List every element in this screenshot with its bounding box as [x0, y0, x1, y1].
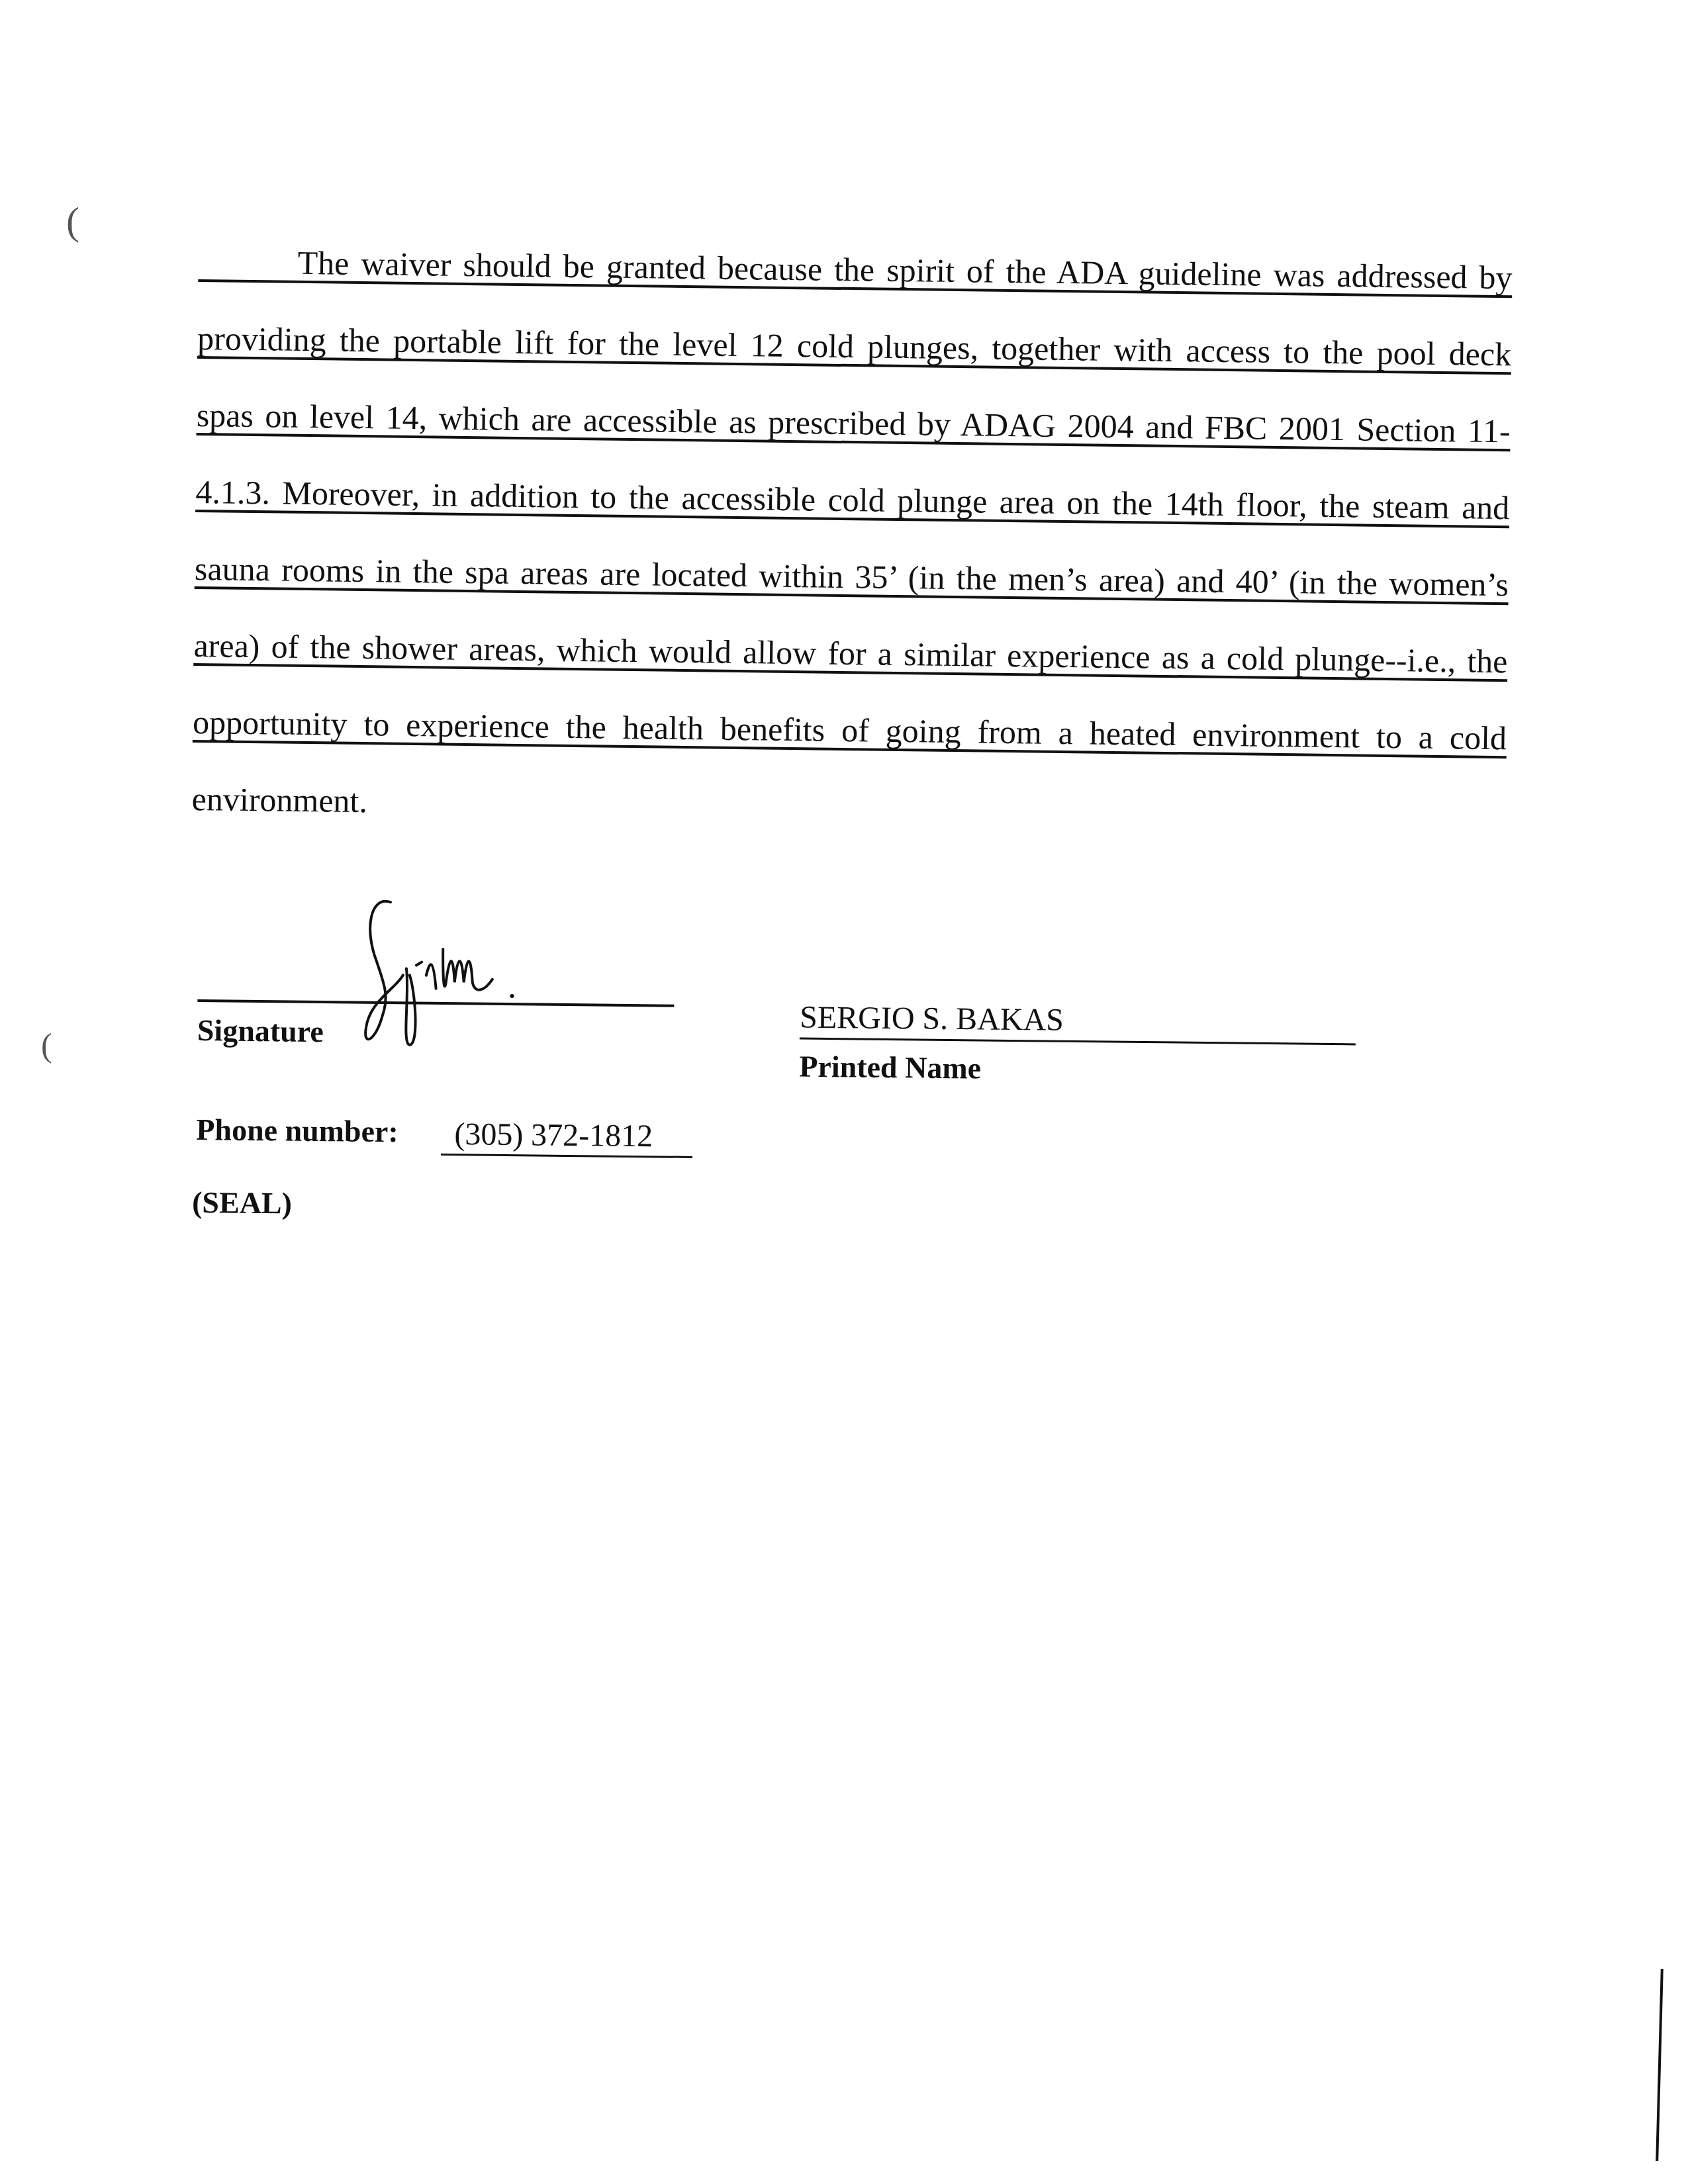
phone-label: Phone number:	[196, 1112, 399, 1149]
margin-mark-middle: (	[41, 1026, 52, 1064]
scan-edge-line	[1656, 1969, 1664, 2161]
margin-mark-top: (	[66, 199, 79, 244]
signature-block: Signature SERGIO S. BAKAS Printed Name P…	[192, 900, 1383, 913]
signature-label: Signature	[197, 1013, 324, 1049]
handwritten-signature	[342, 888, 556, 1062]
phone-value: (305) 372-1812	[441, 1116, 693, 1158]
waiver-justification-paragraph: The waiver should be granted because the…	[191, 245, 1523, 875]
printed-name-line	[800, 1038, 1356, 1046]
paragraph-line: environment.	[191, 782, 1516, 875]
seal-label: (SEAL)	[192, 1185, 292, 1221]
document-page: ( ( The waiver should be granted because…	[0, 0, 1688, 2184]
printed-name-value: SERGIO S. BAKAS	[800, 999, 1064, 1038]
printed-name-label: Printed Name	[799, 1049, 981, 1086]
